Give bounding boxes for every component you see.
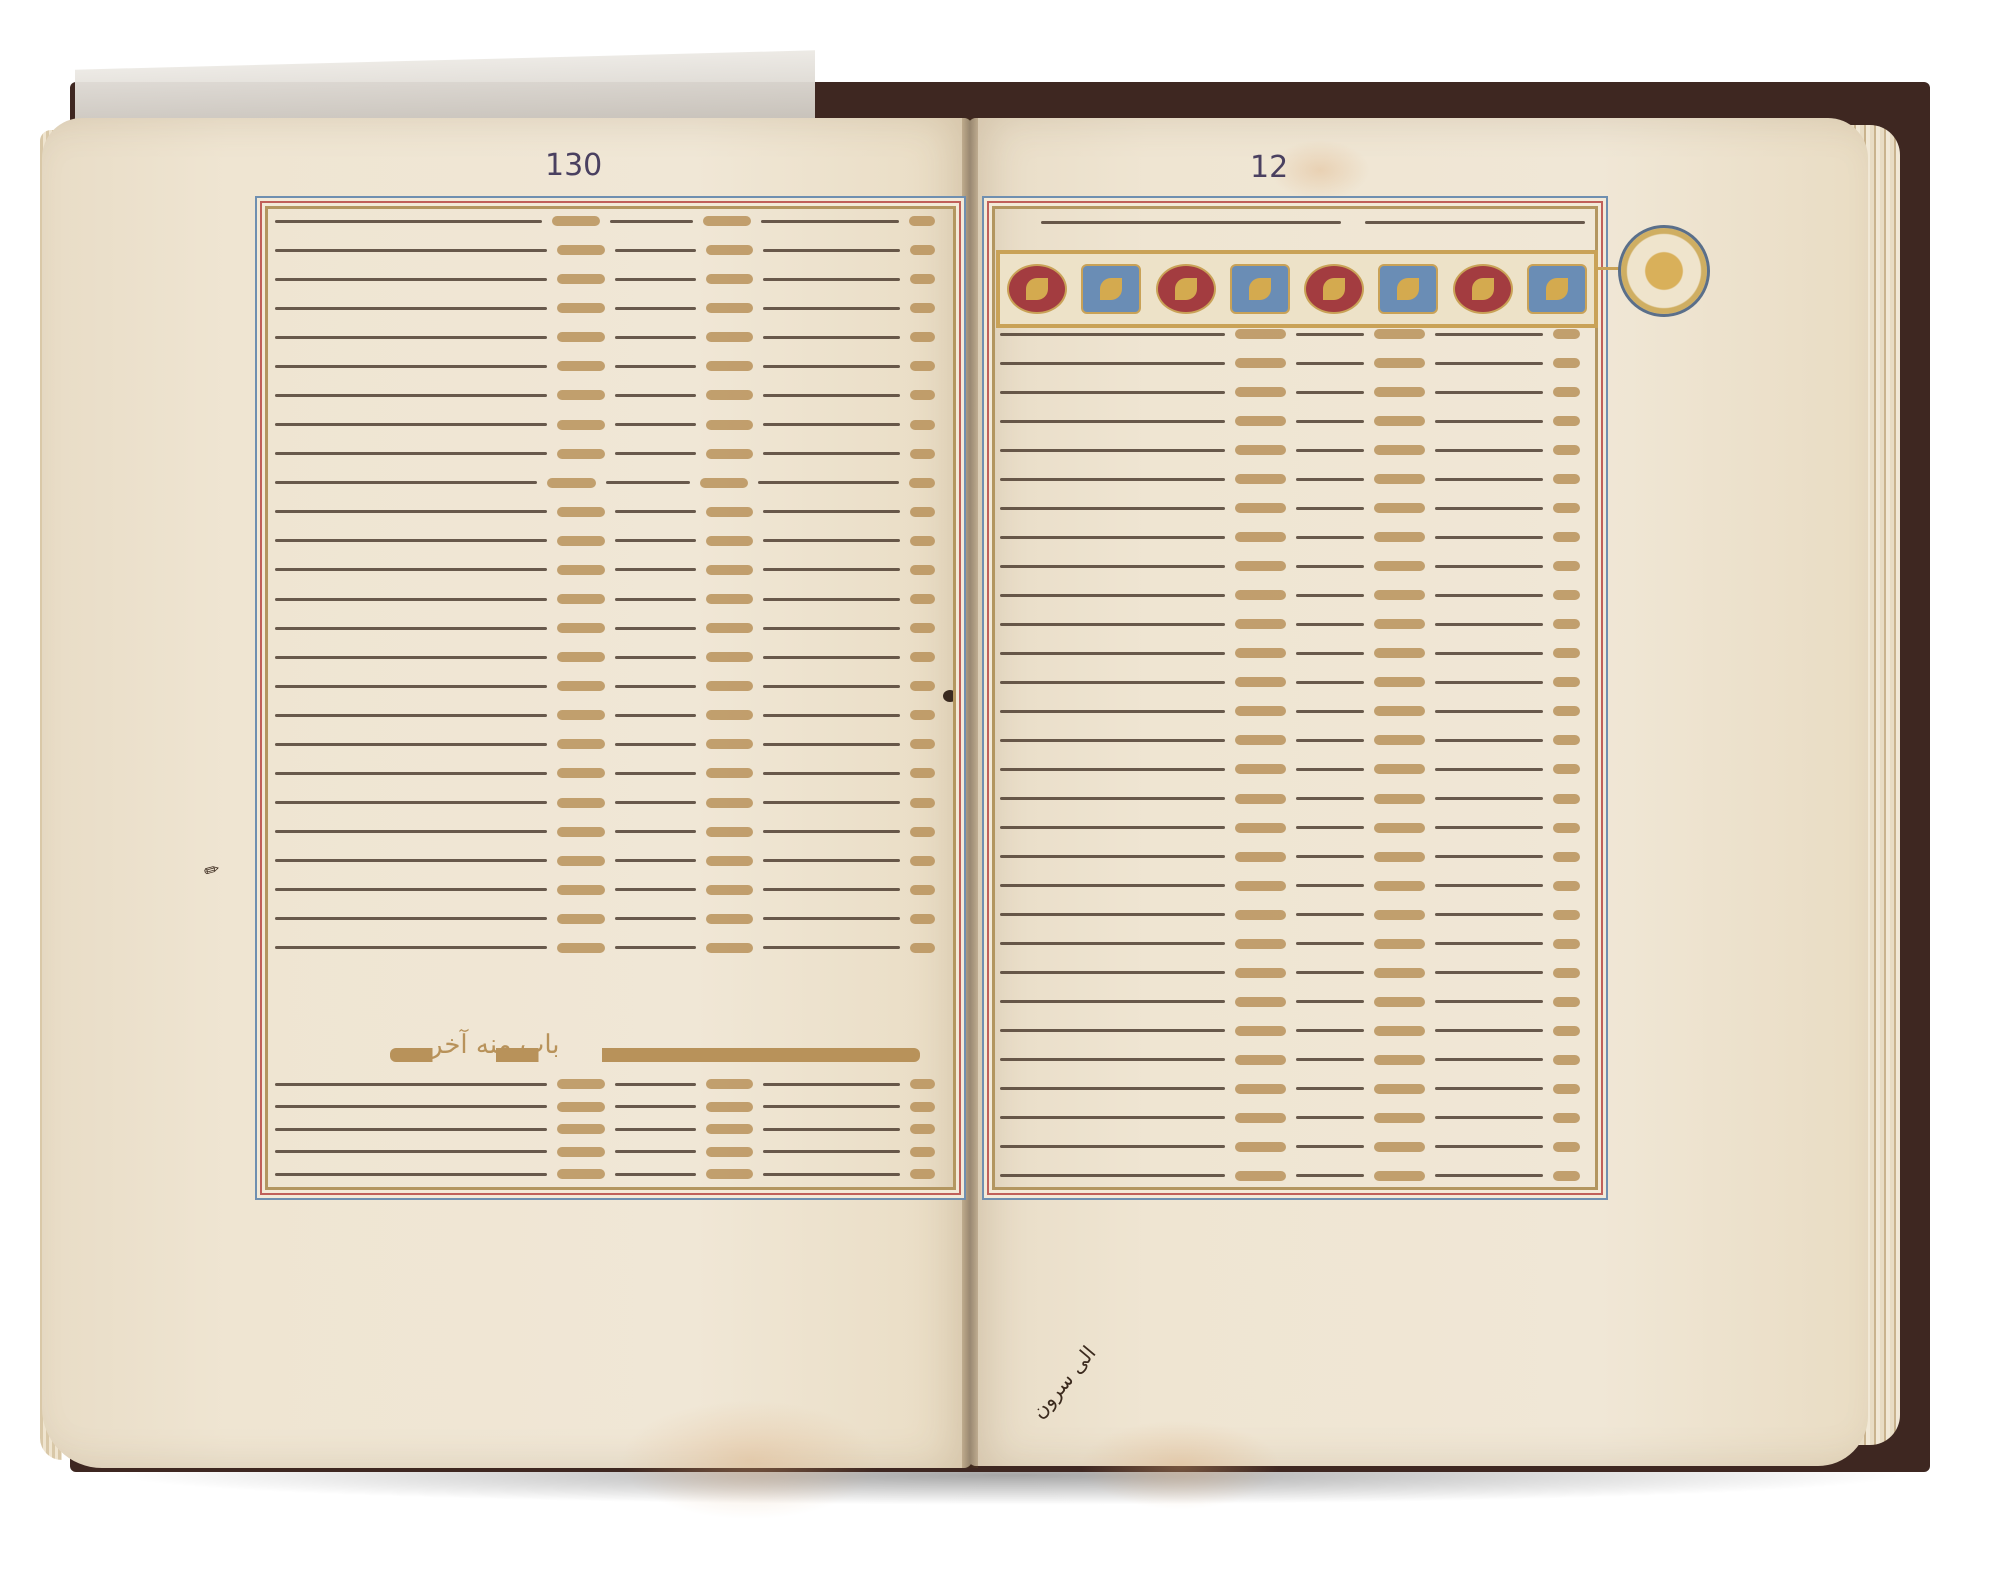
text-line <box>275 357 935 375</box>
headpiece-medallion-blue <box>1378 264 1438 314</box>
text-line <box>1000 673 1580 691</box>
text-line <box>1000 1022 1580 1040</box>
text-line <box>1000 325 1580 343</box>
text-line <box>1000 412 1580 430</box>
water-stain <box>1080 1420 1280 1510</box>
folio-number-left: 130 <box>545 148 602 183</box>
text-line <box>1000 819 1580 837</box>
text-line <box>1000 760 1580 778</box>
text-line <box>275 619 935 637</box>
text-line <box>1000 615 1580 633</box>
text-line <box>275 1075 935 1093</box>
text-line <box>275 823 935 841</box>
manuscript-photo: 130 12 باب منه آخر <box>0 0 2000 1593</box>
text-line <box>275 503 935 521</box>
text-line <box>275 561 935 579</box>
text-line <box>275 735 935 753</box>
text-line <box>1000 1138 1580 1156</box>
text-line <box>1000 1109 1580 1127</box>
text-line <box>1000 383 1580 401</box>
text-line <box>1000 1051 1580 1069</box>
text-line <box>1000 557 1580 575</box>
headpiece-medallion-red <box>1453 264 1513 314</box>
text-line <box>1000 354 1580 372</box>
text-line <box>1000 993 1580 1011</box>
basmala <box>1365 221 1585 224</box>
text-line <box>1000 731 1580 749</box>
headpiece-medallion-blue <box>1527 264 1587 314</box>
headpiece-medallion-blue <box>1081 264 1141 314</box>
text-line <box>275 299 935 317</box>
text-line <box>275 386 935 404</box>
text-line <box>1000 470 1580 488</box>
tasliya <box>1041 221 1341 224</box>
text-line <box>275 910 935 928</box>
text-line <box>1000 644 1580 662</box>
headpiece-medallion-blue <box>1230 264 1290 314</box>
text-line <box>275 532 935 550</box>
text-line <box>275 794 935 812</box>
text-line <box>275 241 935 259</box>
basmala-headline <box>1000 205 1585 240</box>
text-line <box>275 764 935 782</box>
text-line <box>275 590 935 608</box>
text-line <box>275 445 935 463</box>
text-line <box>1000 1167 1580 1185</box>
text-line <box>1000 877 1580 895</box>
text-line <box>275 1098 935 1116</box>
text-line <box>275 706 935 724</box>
water-stain <box>620 1400 880 1520</box>
text-line <box>275 1165 935 1183</box>
headpiece-medallion-red <box>1007 264 1067 314</box>
text-line <box>275 328 935 346</box>
left-text-block-lower <box>275 1075 935 1183</box>
text-line <box>1000 906 1580 924</box>
section-heading-text: باب منه آخر <box>430 1030 560 1060</box>
text-line <box>275 881 935 899</box>
text-line <box>275 852 935 870</box>
text-line <box>1000 528 1580 546</box>
headpiece-medallion-red <box>1304 264 1364 314</box>
text-line <box>1000 586 1580 604</box>
text-line <box>275 474 935 492</box>
folio-number-right: 12 <box>1250 150 1288 185</box>
text-line <box>1000 1080 1580 1098</box>
marginal-rosette <box>1618 225 1710 317</box>
text-line <box>275 677 935 695</box>
text-line <box>275 270 935 288</box>
text-line <box>1000 964 1580 982</box>
text-line <box>1000 790 1580 808</box>
text-line <box>275 416 935 434</box>
text-line <box>275 212 935 230</box>
text-line <box>275 648 935 666</box>
text-line <box>275 1143 935 1161</box>
text-line <box>275 939 935 957</box>
text-line <box>1000 935 1580 953</box>
text-line <box>1000 702 1580 720</box>
text-line <box>1000 499 1580 517</box>
text-line <box>1000 441 1580 459</box>
right-text-block <box>1000 325 1580 1185</box>
rosette-stem <box>1596 267 1620 270</box>
illuminated-headpiece <box>996 250 1598 328</box>
left-text-block <box>275 212 935 957</box>
headpiece-medallion-red <box>1156 264 1216 314</box>
text-line <box>275 1120 935 1138</box>
text-line <box>1000 848 1580 866</box>
